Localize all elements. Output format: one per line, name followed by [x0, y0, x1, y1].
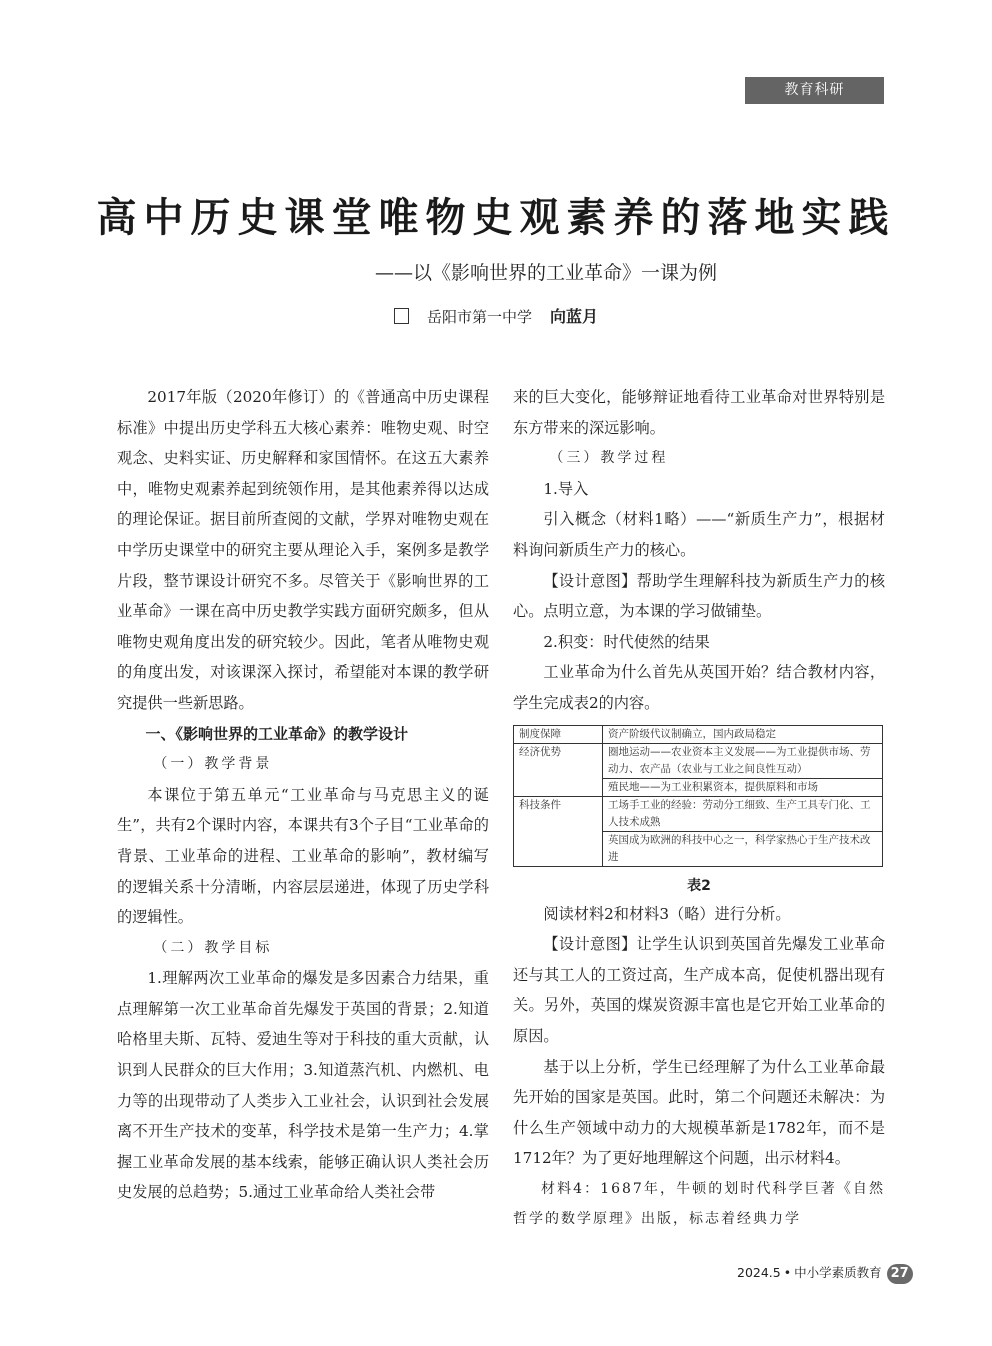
table-2: 制度保障 资产阶级代议制确立，国内政局稳定 经济优势 圈地运动——农业资本主义发… — [513, 725, 883, 867]
section-tag: 教育科研 — [745, 77, 884, 104]
material-4: 材料4：1687年，牛顿的划时代科学巨著《自然哲学的数学原理》出版，标志着经典力… — [513, 1174, 885, 1235]
author: 向蓝月 — [550, 307, 598, 326]
goals-continued: 来的巨大变化，能够辩证地看待工业革命对世界特别是东方带来的深远影响。 — [513, 382, 885, 443]
subheading-process: （三）教学过程 — [513, 443, 885, 474]
byline: 岳阳市第一中学向蓝月 — [0, 304, 992, 327]
subheading-goals: （二）教学目标 — [117, 933, 489, 964]
table-key: 经济优势 — [514, 743, 603, 796]
table-row: 科技条件 工场手工业的经验：劳动分工细致、生产工具专门化、工人技术成熟 — [514, 796, 883, 831]
page-number: 27 — [887, 1264, 913, 1284]
intro-paragraph: 2017年版（2020年修订）的《普通高中历史课程标准》中提出历史学科五大核心素… — [117, 382, 489, 719]
affiliation: 岳阳市第一中学 — [427, 308, 532, 326]
table-cell: 工场手工业的经验：劳动分工细致、生产工具专门化、工人技术成熟 — [603, 796, 883, 831]
step-accumulation: 2.积变：时代使然的结果 — [513, 627, 885, 658]
table-caption: 表2 — [513, 876, 885, 896]
left-column: 2017年版（2020年修订）的《普通高中历史课程标准》中提出历史学科五大核心素… — [117, 382, 489, 1208]
table-cell: 殖民地——为工业积累资本，提供原料和市场 — [603, 778, 883, 796]
table-row: 制度保障 资产阶级代议制确立，国内政局稳定 — [514, 725, 883, 743]
section-heading: 一、《影响世界的工业革命》的教学设计 — [117, 719, 489, 750]
separator-dot: • — [784, 1265, 791, 1280]
design-intent-2: 【设计意图】让学生认识到英国首先爆发工业革命还与其工人的工资过高，生产成本高，促… — [513, 929, 885, 1051]
table-row: 经济优势 圈地运动——农业资本主义发展——为工业提供市场、劳动力、农产品（农业与… — [514, 743, 883, 778]
table-key: 科技条件 — [514, 796, 603, 866]
table-cell: 圈地运动——农业资本主义发展——为工业提供市场、劳动力、农产品（农业与工业之间良… — [603, 743, 883, 778]
article-title: 高中历史课堂唯物史观素养的落地实践 — [0, 186, 992, 243]
square-icon — [394, 308, 409, 324]
concept-paragraph: 引入概念（材料1略）——“新质生产力”，根据材料询问新质生产力的核心。 — [513, 504, 885, 565]
journal-name: 中小学素质教育 — [794, 1265, 882, 1280]
table-key: 制度保障 — [514, 725, 603, 743]
right-column: 来的巨大变化，能够辩证地看待工业革命对世界特别是东方带来的深远影响。 （三）教学… — [513, 382, 885, 1235]
question-paragraph: 工业革命为什么首先从英国开始？结合教材内容，学生完成表2的内容。 — [513, 657, 885, 718]
goals-paragraph: 1.理解两次工业革命的爆发是多因素合力结果，重点理解第一次工业革命首先爆发于英国… — [117, 963, 489, 1208]
table-cell: 英国成为欧洲的科技中心之一，科学家热心于生产技术改进 — [603, 831, 883, 866]
table-cell: 资产阶级代议制确立，国内政局稳定 — [603, 725, 883, 743]
step-intro: 1.导入 — [513, 474, 885, 505]
article-subtitle: ——以《影响世界的工业革命》一课为例 — [0, 258, 992, 285]
subheading-background: （一）教学背景 — [117, 749, 489, 780]
design-intent-1: 【设计意图】帮助学生理解科技为新质生产力的核心。点明立意，为本课的学习做铺垫。 — [513, 566, 885, 627]
issue-number: 2024.5 — [737, 1265, 781, 1280]
page-footer: 2024.5•中小学素质教育27 — [737, 1263, 913, 1284]
background-paragraph: 本课位于第五单元“工业革命与马克思主义的诞生”，共有2个课时内容，本课共有3个子… — [117, 780, 489, 933]
read-paragraph: 阅读材料2和材料3（略）进行分析。 — [513, 899, 885, 930]
analysis-paragraph: 基于以上分析，学生已经理解了为什么工业革命最先开始的国家是英国。此时，第二个问题… — [513, 1052, 885, 1174]
